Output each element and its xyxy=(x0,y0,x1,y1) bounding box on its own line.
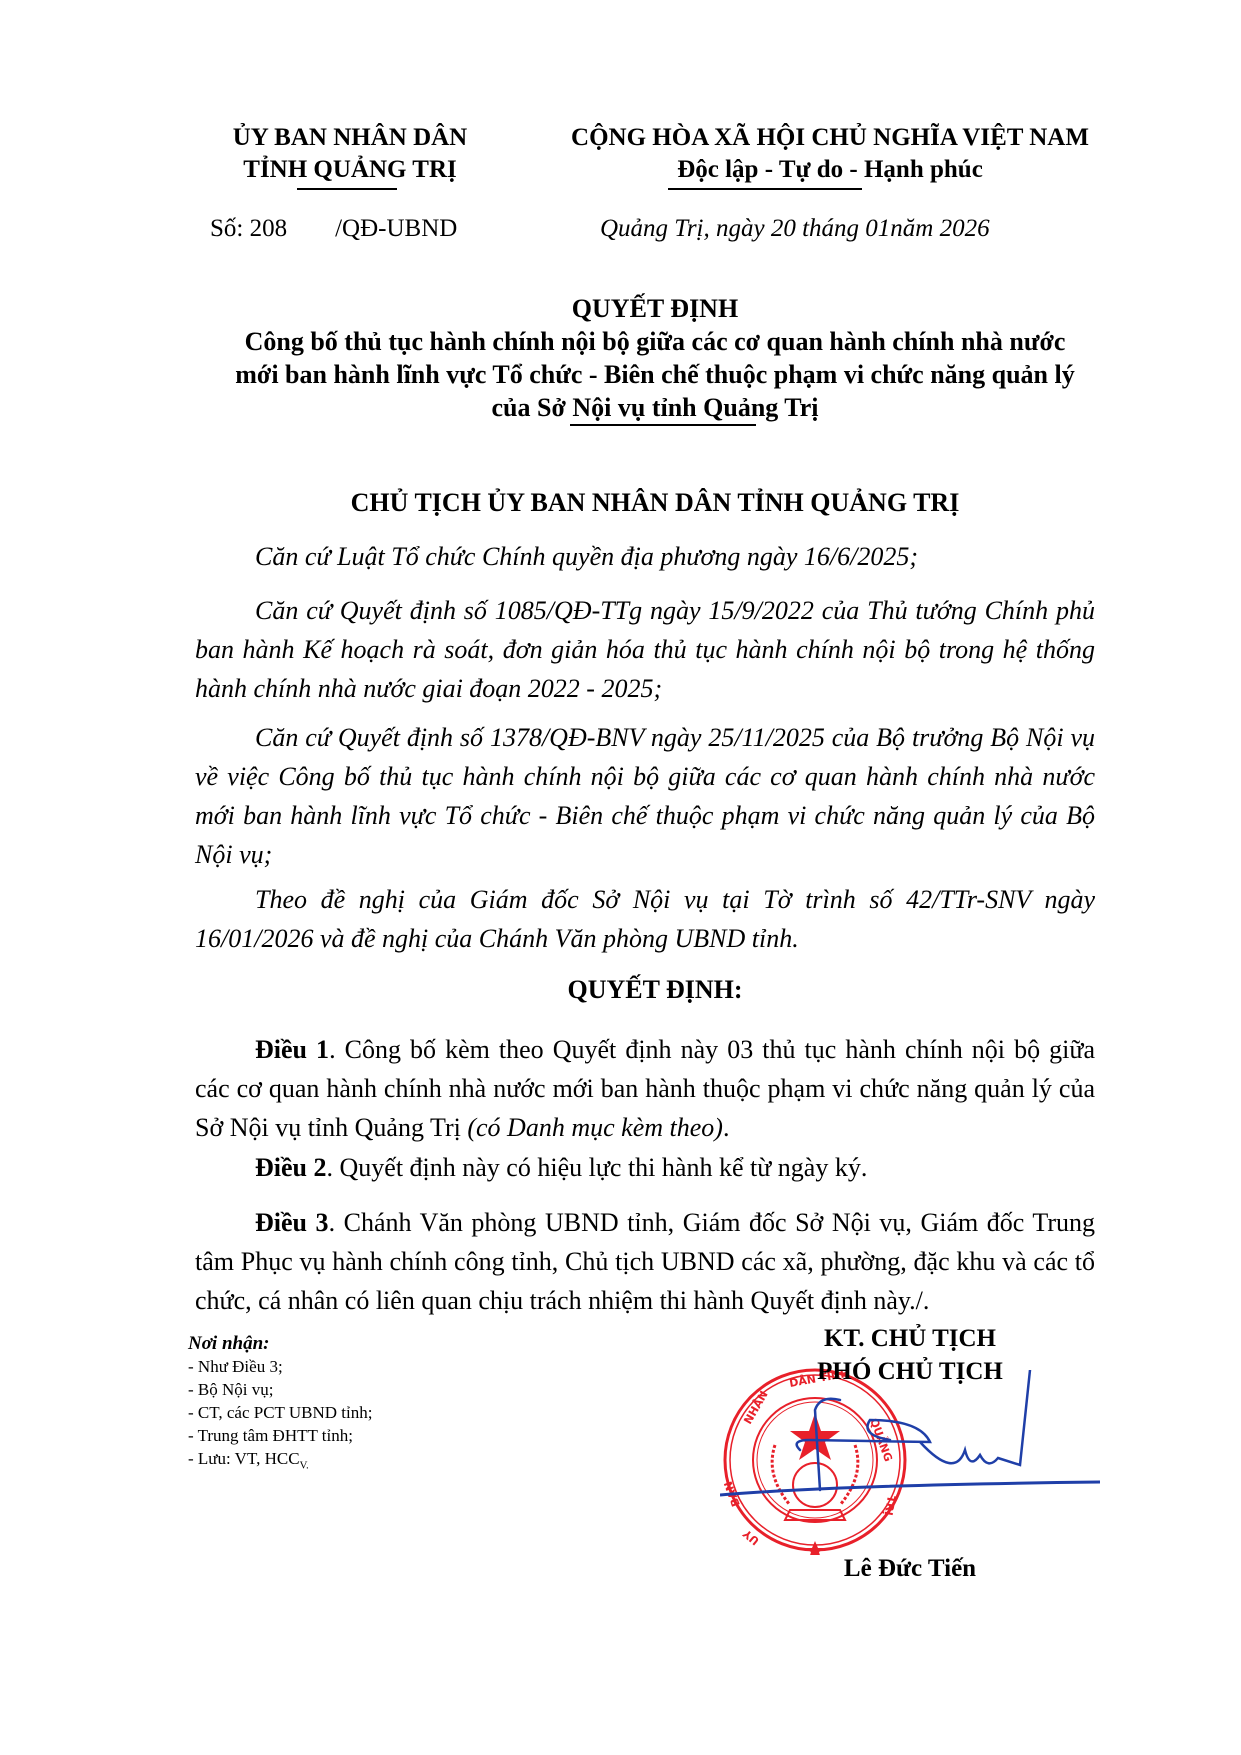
recipient-item: - CT, các PCT UBND tỉnh; xyxy=(188,1401,372,1424)
recipient-item: - Như Điều 3; xyxy=(188,1355,372,1378)
recipients-heading: Nơi nhận: xyxy=(188,1332,372,1355)
nation-line-2: Độc lập - Tự do - Hạnh phúc xyxy=(530,154,1130,186)
subject-line-2: mới ban hành lĩnh vực Tổ chức - Biên chế… xyxy=(180,358,1130,391)
handwritten-signature-icon xyxy=(720,1370,1100,1520)
number-suffix: /QĐ-UBND xyxy=(335,215,457,242)
article-3-label: Điều 3 xyxy=(255,1208,329,1237)
subject-line-3: của Sở Nội vụ tỉnh Quảng Trị xyxy=(180,391,1130,424)
signature-line-2: PHÓ CHỦ TỊCH xyxy=(760,1355,1060,1388)
recipients: Nơi nhận: - Như Điều 3; - Bộ Nội vụ; - C… xyxy=(188,1332,372,1477)
basis-2: Căn cứ Quyết định số 1085/QĐ-TTg ngày 15… xyxy=(195,591,1095,708)
basis-3: Căn cứ Quyết định số 1378/QĐ-BNV ngày 25… xyxy=(195,718,1095,874)
article-1: Điều 1. Công bố kèm theo Quyết định này … xyxy=(195,1030,1095,1147)
document-number: Số: 208/QĐ-UBND xyxy=(210,215,457,243)
authority-line-1: ỦY BAN NHÂN DÂN xyxy=(190,122,510,154)
issuing-authority: ỦY BAN NHÂN DÂN TỈNH QUẢNG TRỊ xyxy=(190,122,510,186)
decision-heading: QUYẾT ĐỊNH: xyxy=(180,975,1130,1005)
authority-underline xyxy=(297,188,397,190)
recipient-item: - Bộ Nội vụ; xyxy=(188,1378,372,1401)
title-underline xyxy=(570,424,756,426)
article-2: Điều 2. Quyết định này có hiệu lực thi h… xyxy=(195,1148,1095,1187)
doc-type: QUYẾT ĐỊNH xyxy=(180,292,1130,325)
signature-block: KT. CHỦ TỊCH PHÓ CHỦ TỊCH xyxy=(760,1322,1060,1388)
recipient-item: - Trung tâm ĐHTT tỉnh; xyxy=(188,1424,372,1447)
article-3: Điều 3. Chánh Văn phòng UBND tỉnh, Giám … xyxy=(195,1203,1095,1320)
number-prefix: Số: 208 xyxy=(210,215,287,242)
place-date: Quảng Trị, ngày 20 tháng 01năm 2026 xyxy=(600,215,990,243)
basis-4: Theo đề nghị của Giám đốc Sở Nội vụ tại … xyxy=(195,880,1095,958)
issuer-heading: CHỦ TỊCH ỦY BAN NHÂN DÂN TỈNH QUẢNG TRỊ xyxy=(180,488,1130,518)
article-2-label: Điều 2 xyxy=(255,1153,327,1182)
subject-line-1: Công bố thủ tục hành chính nội bộ giữa c… xyxy=(180,325,1130,358)
document-title: QUYẾT ĐỊNH Công bố thủ tục hành chính nộ… xyxy=(180,292,1130,424)
motto-underline xyxy=(668,188,862,190)
signer-name: Lê Đức Tiến xyxy=(790,1555,1030,1583)
article-1-label: Điều 1 xyxy=(255,1035,329,1064)
authority-line-2: TỈNH QUẢNG TRỊ xyxy=(190,154,510,186)
nation-line-1: CỘNG HÒA XÃ HỘI CHỦ NGHĨA VIỆT NAM xyxy=(530,122,1130,154)
recipient-archive: - Lưu: VT, HCCV. xyxy=(188,1447,372,1477)
national-motto: CỘNG HÒA XÃ HỘI CHỦ NGHĨA VIỆT NAM Độc l… xyxy=(530,122,1130,186)
signature-line-1: KT. CHỦ TỊCH xyxy=(760,1322,1060,1355)
basis-1: Căn cứ Luật Tổ chức Chính quyền địa phươ… xyxy=(215,537,1095,576)
